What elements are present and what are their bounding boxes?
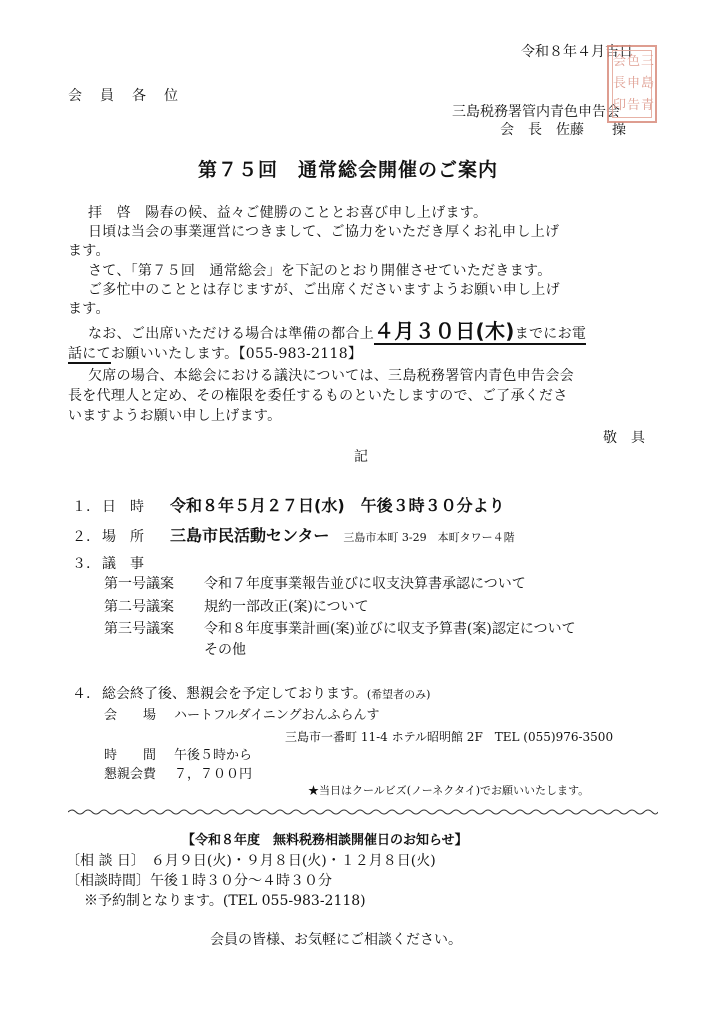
consultation-dates-label: 〔相 談 日〕 — [66, 853, 145, 869]
para3-line1: ご多忙中のこととは存じますが、ご出席くださいますようお願い申し上げ — [88, 280, 560, 300]
consultation-dates-value: ６月９日(火)・９月８日(火)・１２月８日(火) — [151, 853, 436, 869]
page-title: 第７５回 通常総会開催のご案内 — [198, 155, 498, 182]
addressee: 会 員 各 位 — [68, 86, 180, 106]
para3-line2: ます。 — [68, 299, 110, 319]
party-fee-label: 懇親会費 — [104, 766, 174, 784]
para4-line2-rest: お願いいたします。【055-983-2118】 — [111, 346, 362, 362]
agenda-label: 第一号議案 — [104, 574, 204, 594]
party-time-label: 時 間 — [104, 747, 174, 765]
rsvp-deadline: ４月３０日(木) — [374, 319, 515, 343]
para1-line2: ます。 — [68, 241, 110, 261]
organization-name: 三島税務署管内青色申告会 — [452, 102, 620, 122]
item-label: 議 事 — [102, 556, 144, 572]
agenda-item-2: 第二号議案規約一部改正(案)について — [104, 597, 369, 617]
wave-divider — [68, 807, 658, 817]
closing-keigu: 敬 具 — [603, 428, 645, 448]
party-venue-name: ハートフルダイニングおんふらんす — [174, 708, 380, 723]
party-fee-value: ７，７００円 — [174, 767, 252, 782]
consultation-title: 【令和８年度 無料税務相談開催日のお知らせ】 — [182, 832, 468, 850]
para5-line3: いますようお願い申し上げます。 — [68, 406, 281, 426]
para5-line1: 欠席の場合、本総会における議決については、三島税務署管内青色申告会会 — [88, 366, 574, 386]
meeting-datetime: 令和８年５月２７日(水) 午後３時３０分より — [170, 496, 505, 515]
party-time-value: 午後５時から — [174, 748, 252, 763]
party-venue-label: 会 場 — [104, 707, 174, 725]
para2: さて、「第７５回 通常総会」を下記のとおり開催させていただきます。 — [88, 261, 552, 281]
para4-line2-underlined: 話にて — [68, 346, 111, 364]
agenda-item-3: 第三号議案令和８年度事業計画(案)並びに収支予算書(案)認定について — [104, 619, 576, 639]
agenda-text: 令和７年度事業報告並びに収支決算書承認について — [204, 576, 526, 592]
party-venue-address: 三島市一番町 11-4 ホテル昭明館 2F TEL (055)976-3500 — [285, 729, 613, 746]
para4-prefix: なお、ご出席いただける場合は準備の都合上 — [88, 326, 374, 342]
party-fee-row: 懇親会費７，７００円 — [104, 766, 252, 784]
ki-heading: 記 — [354, 447, 368, 467]
party-time-row: 時 間午後５時から — [104, 747, 252, 765]
item-label: 場 所 — [102, 527, 170, 547]
seal-col-3: 会長印 — [613, 51, 626, 117]
agenda-text: その他 — [204, 642, 246, 658]
venue-address: 三島市本町 3-29 本町タワー４階 — [343, 531, 514, 544]
reservation-note: ※予約制となります。(TEL 055-983-2118) — [84, 891, 366, 911]
consultation-time-value: 午後１時３０分～４時３０分 — [150, 873, 332, 889]
president-name: 会 長 佐藤 操 — [500, 120, 626, 140]
party-note: (希望者のみ) — [367, 688, 431, 701]
seal-col-1: 三島青 — [641, 51, 654, 117]
agenda-item-1: 第一号議案令和７年度事業報告並びに収支決算書承認について — [104, 574, 526, 594]
consultation-dates-row: 〔相 談 日〕６月９日(火)・９月８日(火)・１２月８日(火) — [66, 851, 436, 871]
agenda-text: 令和８年度事業計画(案)並びに収支予算書(案)認定について — [204, 621, 576, 637]
seal-stamp: 三島青 色申告 会長印 — [607, 45, 657, 123]
dress-code-note: ★当日はクールビズ(ノーネクタイ)でお願いいたします。 — [308, 783, 589, 798]
deadline-underlined: ４月３０日(木)までにお電 — [374, 326, 586, 345]
para4-line2: 話にてお願いいたします。【055-983-2118】 — [68, 344, 362, 364]
item-agenda: ３.議 事 — [72, 553, 144, 574]
item-number: １. — [72, 497, 102, 517]
item-number: ３. — [72, 554, 102, 574]
item-datetime: １.日 時令和８年５月２７日(水) 午後３時３０分より — [72, 493, 505, 517]
seal-col-2: 色申告 — [627, 51, 640, 117]
consultation-closing: 会員の皆様、お気軽にご相談ください。 — [210, 930, 462, 950]
agenda-text: 規約一部改正(案)について — [204, 599, 369, 615]
consultation-time-label: 〔相談時間〕 — [66, 873, 150, 889]
meeting-venue: 三島市民活動センター — [170, 526, 329, 545]
agenda-item-4: その他 — [104, 640, 246, 660]
para4-suffix: までにお電 — [515, 326, 587, 342]
agenda-label: 第三号議案 — [104, 619, 204, 639]
item-number: ４. — [72, 684, 102, 704]
para4-line1: なお、ご出席いただける場合は準備の都合上４月３０日(木)までにお電 — [88, 321, 586, 344]
party-headline-row: ４.総会終了後、懇親会を予定しております。(希望者のみ) — [72, 683, 430, 704]
para5-line2: 長を代理人と定め、その権限を委任するものといたしますので、ご了承くださ — [68, 386, 568, 406]
para1-line1: 日頃は当会の事業運営につきまして、ご協力をいただき厚くお礼申し上げ — [88, 222, 559, 242]
agenda-label: 第二号議案 — [104, 597, 204, 617]
item-label: 日 時 — [102, 497, 170, 517]
consultation-time-row: 〔相談時間〕午後１時３０分～４時３０分 — [66, 871, 332, 891]
item-number: ２. — [72, 527, 102, 547]
greeting: 拝 啓 陽春の候、益々ご健勝のこととお喜び申し上げます。 — [88, 203, 487, 223]
party-venue-row: 会 場ハートフルダイニングおんふらんす — [104, 707, 380, 725]
item-venue: ２.場 所三島市民活動センター三島市本町 3-29 本町タワー４階 — [72, 523, 515, 547]
party-headline: 総会終了後、懇親会を予定しております。 — [102, 686, 367, 702]
